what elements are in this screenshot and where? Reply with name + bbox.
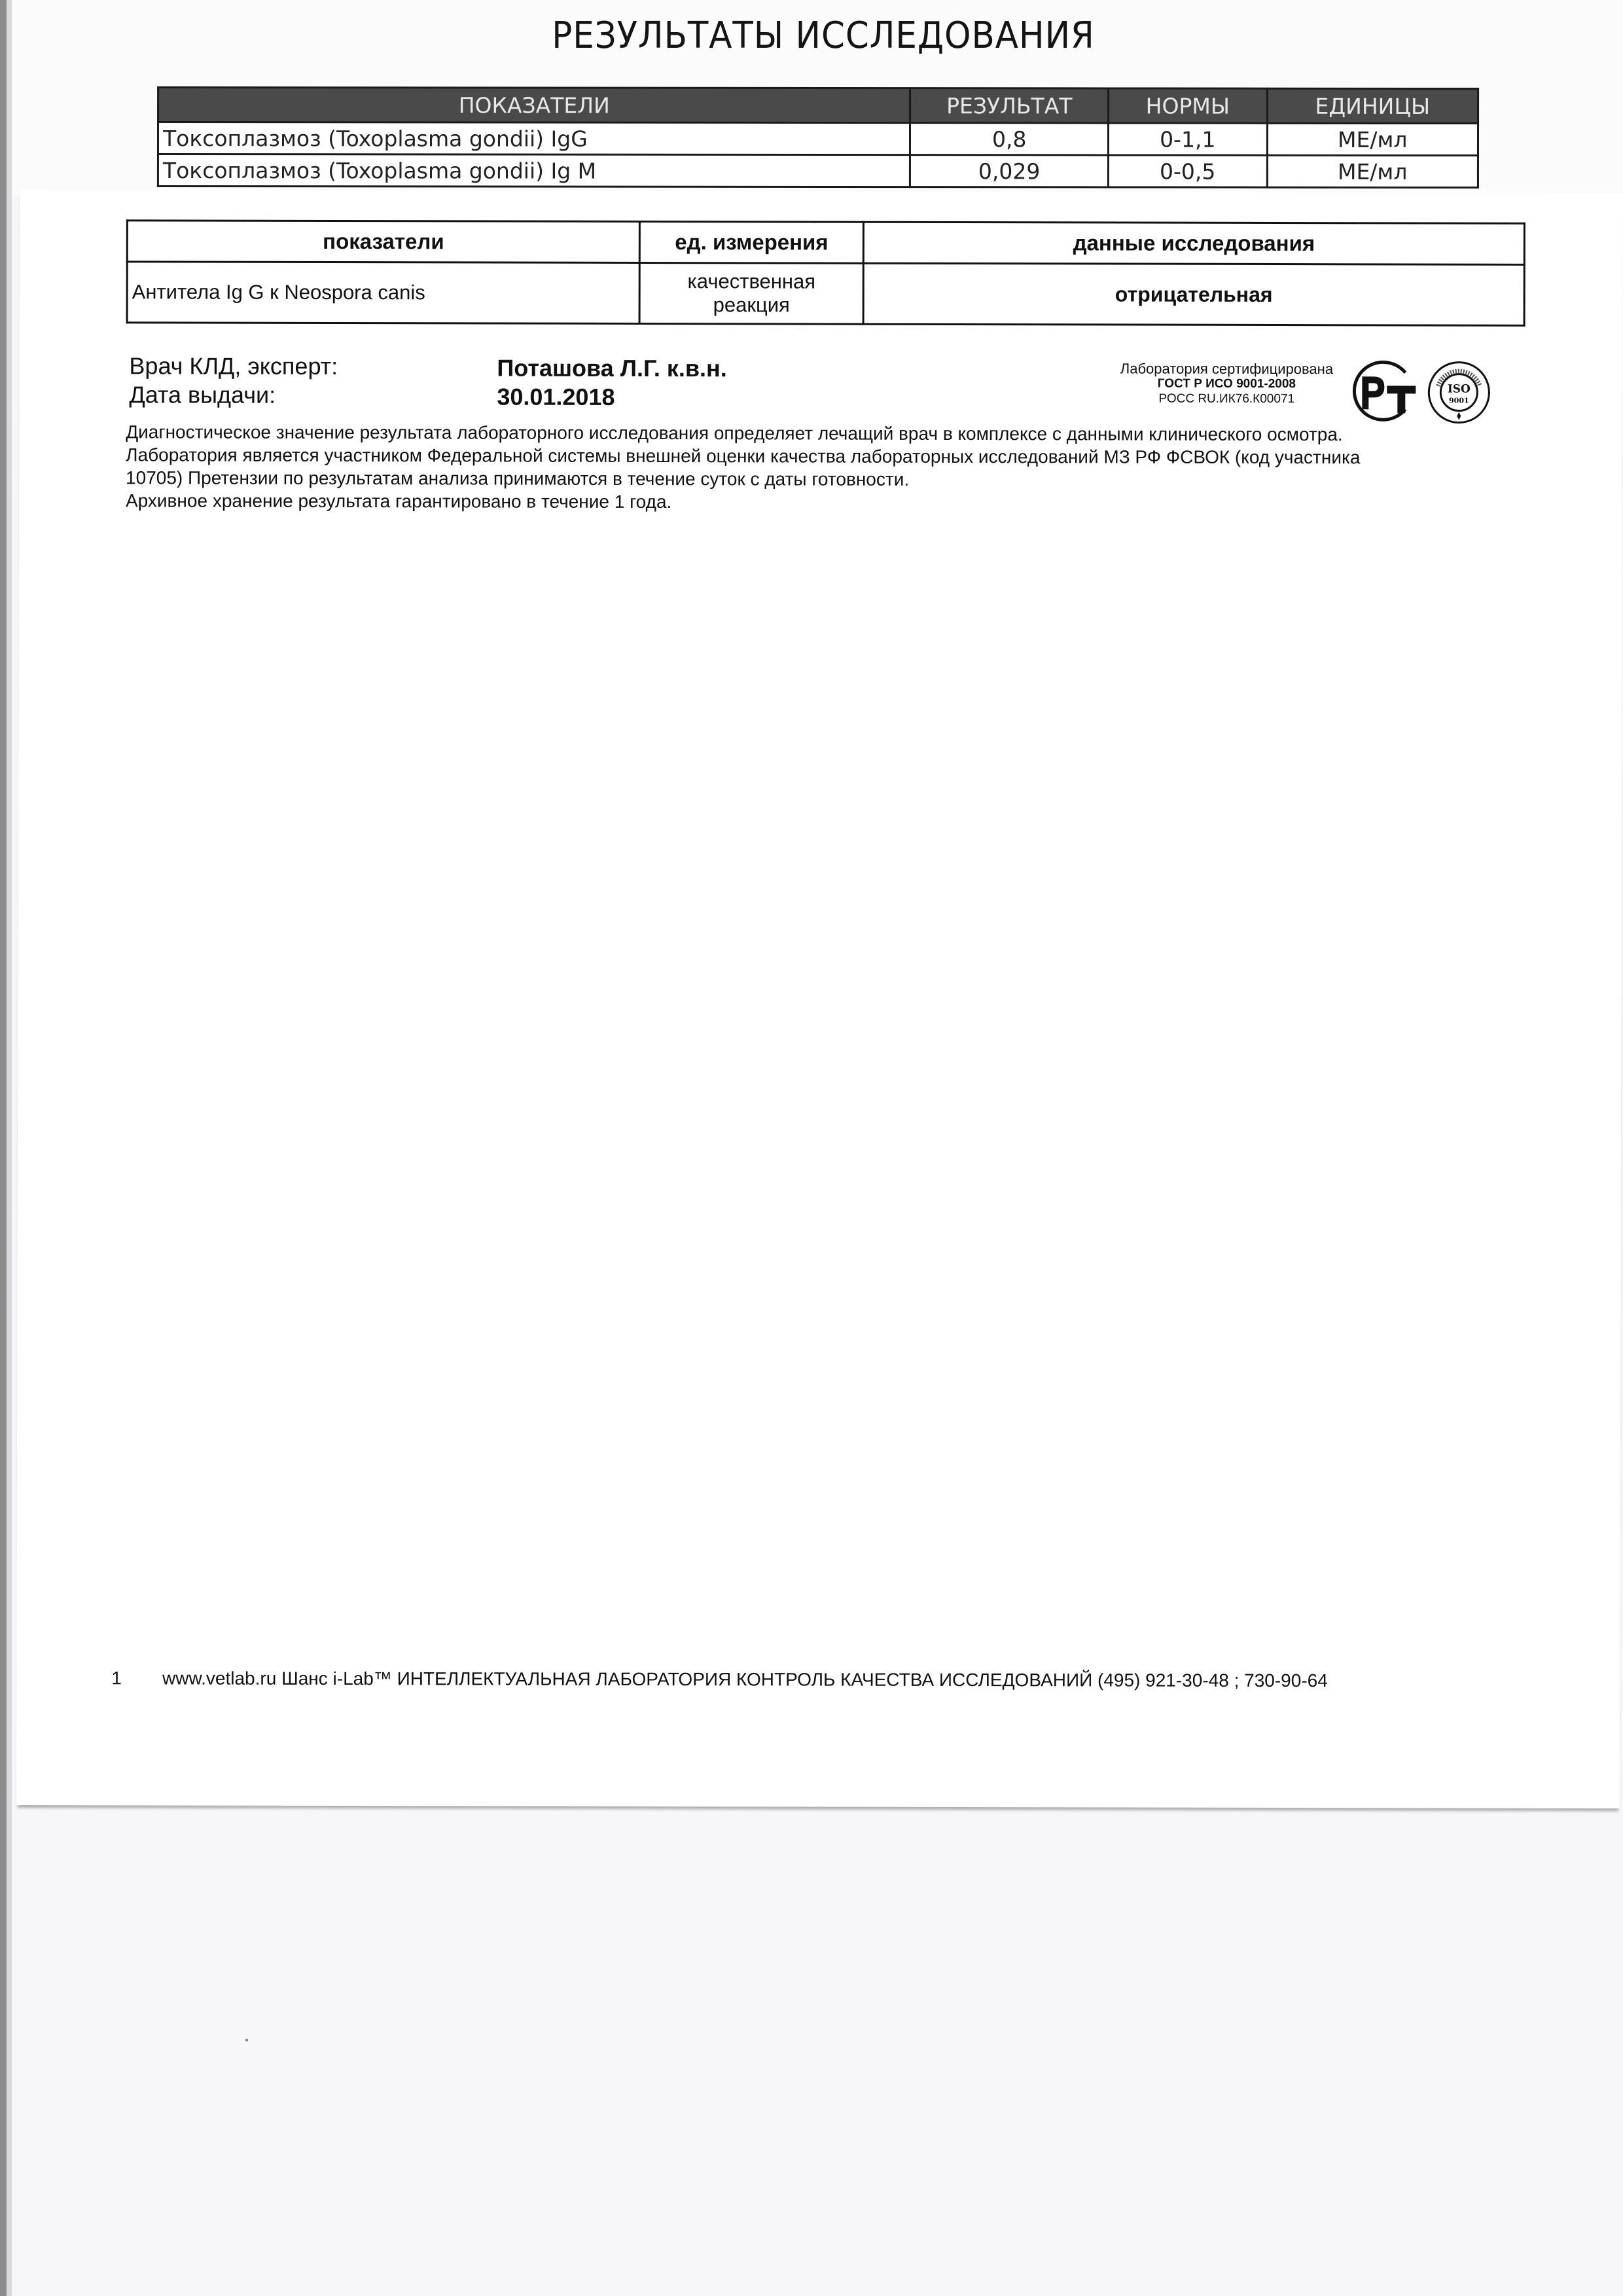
underlying-sheet: РЕЗУЛЬТАТЫ ИССЛЕДОВАНИЯ ПОКАЗАТЕЛИ РЕЗУЛ… (12, 0, 1623, 196)
note-diagnostic: Диагностическое значение результата лабо… (126, 420, 1369, 446)
date-label: Дата выдачи: (129, 381, 276, 408)
note-archive: Архивное хранение результата гарантирова… (126, 489, 1369, 514)
header-units: ЕДИНИЦЫ (1267, 88, 1478, 123)
svg-text:ISO: ISO (1448, 383, 1471, 396)
scan-edge-shade (7, 0, 12, 2296)
norm-cell: 0-0,5 (1108, 155, 1267, 187)
units-cell: МЕ/мл (1267, 123, 1478, 155)
header-indicators: ПОКАЗАТЕЛИ (158, 87, 910, 122)
disclaimer-notes: Диагностическое значение результата лабо… (126, 420, 1369, 514)
scan-speck (245, 2039, 248, 2041)
svg-text:9001: 9001 (1449, 397, 1469, 405)
result-cell: 0,029 (910, 155, 1109, 187)
cert-line-3: РОСС RU.ИК76.К00071 (1086, 391, 1367, 406)
header-indicators: показатели (127, 221, 639, 263)
indicator-cell: Токсоплазмоз (Toxoplasma gondii) IgG (158, 122, 910, 154)
table-row: Антитела Ig G к Neospora canis качествен… (127, 262, 1524, 325)
indicator-cell: Антитела Ig G к Neospora canis (127, 262, 639, 324)
issue-date: 30.01.2018 (497, 384, 615, 411)
footer-text: www.vetlab.ru Шанс i-Lab™ ИНТЕЛЛЕКТУАЛЬН… (162, 1668, 1328, 1691)
header-result: РЕЗУЛЬТАТ (910, 88, 1109, 123)
indicator-cell: Токсоплазмоз (Toxoplasma gondii) Ig M (158, 154, 910, 187)
overlaying-sheet: показатели ед. измерения данные исследов… (16, 190, 1623, 1808)
toxoplasma-results-table: ПОКАЗАТЕЛИ РЕЗУЛЬТАТ НОРМЫ ЕДИНИЦЫ Токсо… (157, 86, 1479, 188)
unit-cell: качественная реакция (639, 262, 863, 324)
neospora-results-table: показатели ед. измерения данные исследов… (126, 219, 1525, 326)
iso-9001-icon: ISO 9001 (1426, 360, 1491, 425)
page-title: РЕЗУЛЬТАТЫ ИССЛЕДОВАНИЯ (77, 14, 1570, 57)
cert-line-2: ГОСТ Р ИСО 9001-2008 (1086, 376, 1367, 391)
header-unit: ед. измерения (639, 221, 863, 263)
table-row: Токсоплазмоз (Toxoplasma gondii) IgG 0,8… (158, 122, 1478, 155)
page-number: 1 (111, 1668, 157, 1689)
header-norms: НОРМЫ (1109, 88, 1268, 123)
norm-cell: 0-1,1 (1108, 123, 1267, 155)
table-row: Токсоплазмоз (Toxoplasma gondii) Ig M 0,… (158, 154, 1478, 187)
data-cell: отрицательная (863, 263, 1524, 325)
scan-edge (0, 0, 7, 2296)
doctor-label: Врач КЛД, эксперт: (129, 352, 338, 380)
result-cell: 0,8 (910, 123, 1109, 155)
unit-line-1: качественная (645, 270, 859, 294)
page-footer: 1 www.vetlab.ru Шанс i-Lab™ ИНТЕЛЛЕКТУАЛ… (111, 1668, 1486, 1691)
header-research-data: данные исследования (863, 222, 1524, 264)
table-header-row: показатели ед. измерения данные исследов… (127, 221, 1524, 264)
note-fsvok: Лаборатория является участником Федераль… (126, 443, 1369, 492)
rst-certification-icon (1347, 358, 1419, 423)
table-header-row: ПОКАЗАТЕЛИ РЕЗУЛЬТАТ НОРМЫ ЕДИНИЦЫ (158, 87, 1478, 123)
unit-line-2: реакция (645, 293, 859, 317)
doctor-name: Поташова Л.Г. к.в.н. (497, 355, 726, 383)
cert-line-1: Лаборатория сертифицирована (1086, 361, 1367, 376)
certification-block: Лаборатория сертифицирована ГОСТ Р ИСО 9… (1086, 361, 1367, 406)
units-cell: МЕ/мл (1267, 155, 1478, 187)
